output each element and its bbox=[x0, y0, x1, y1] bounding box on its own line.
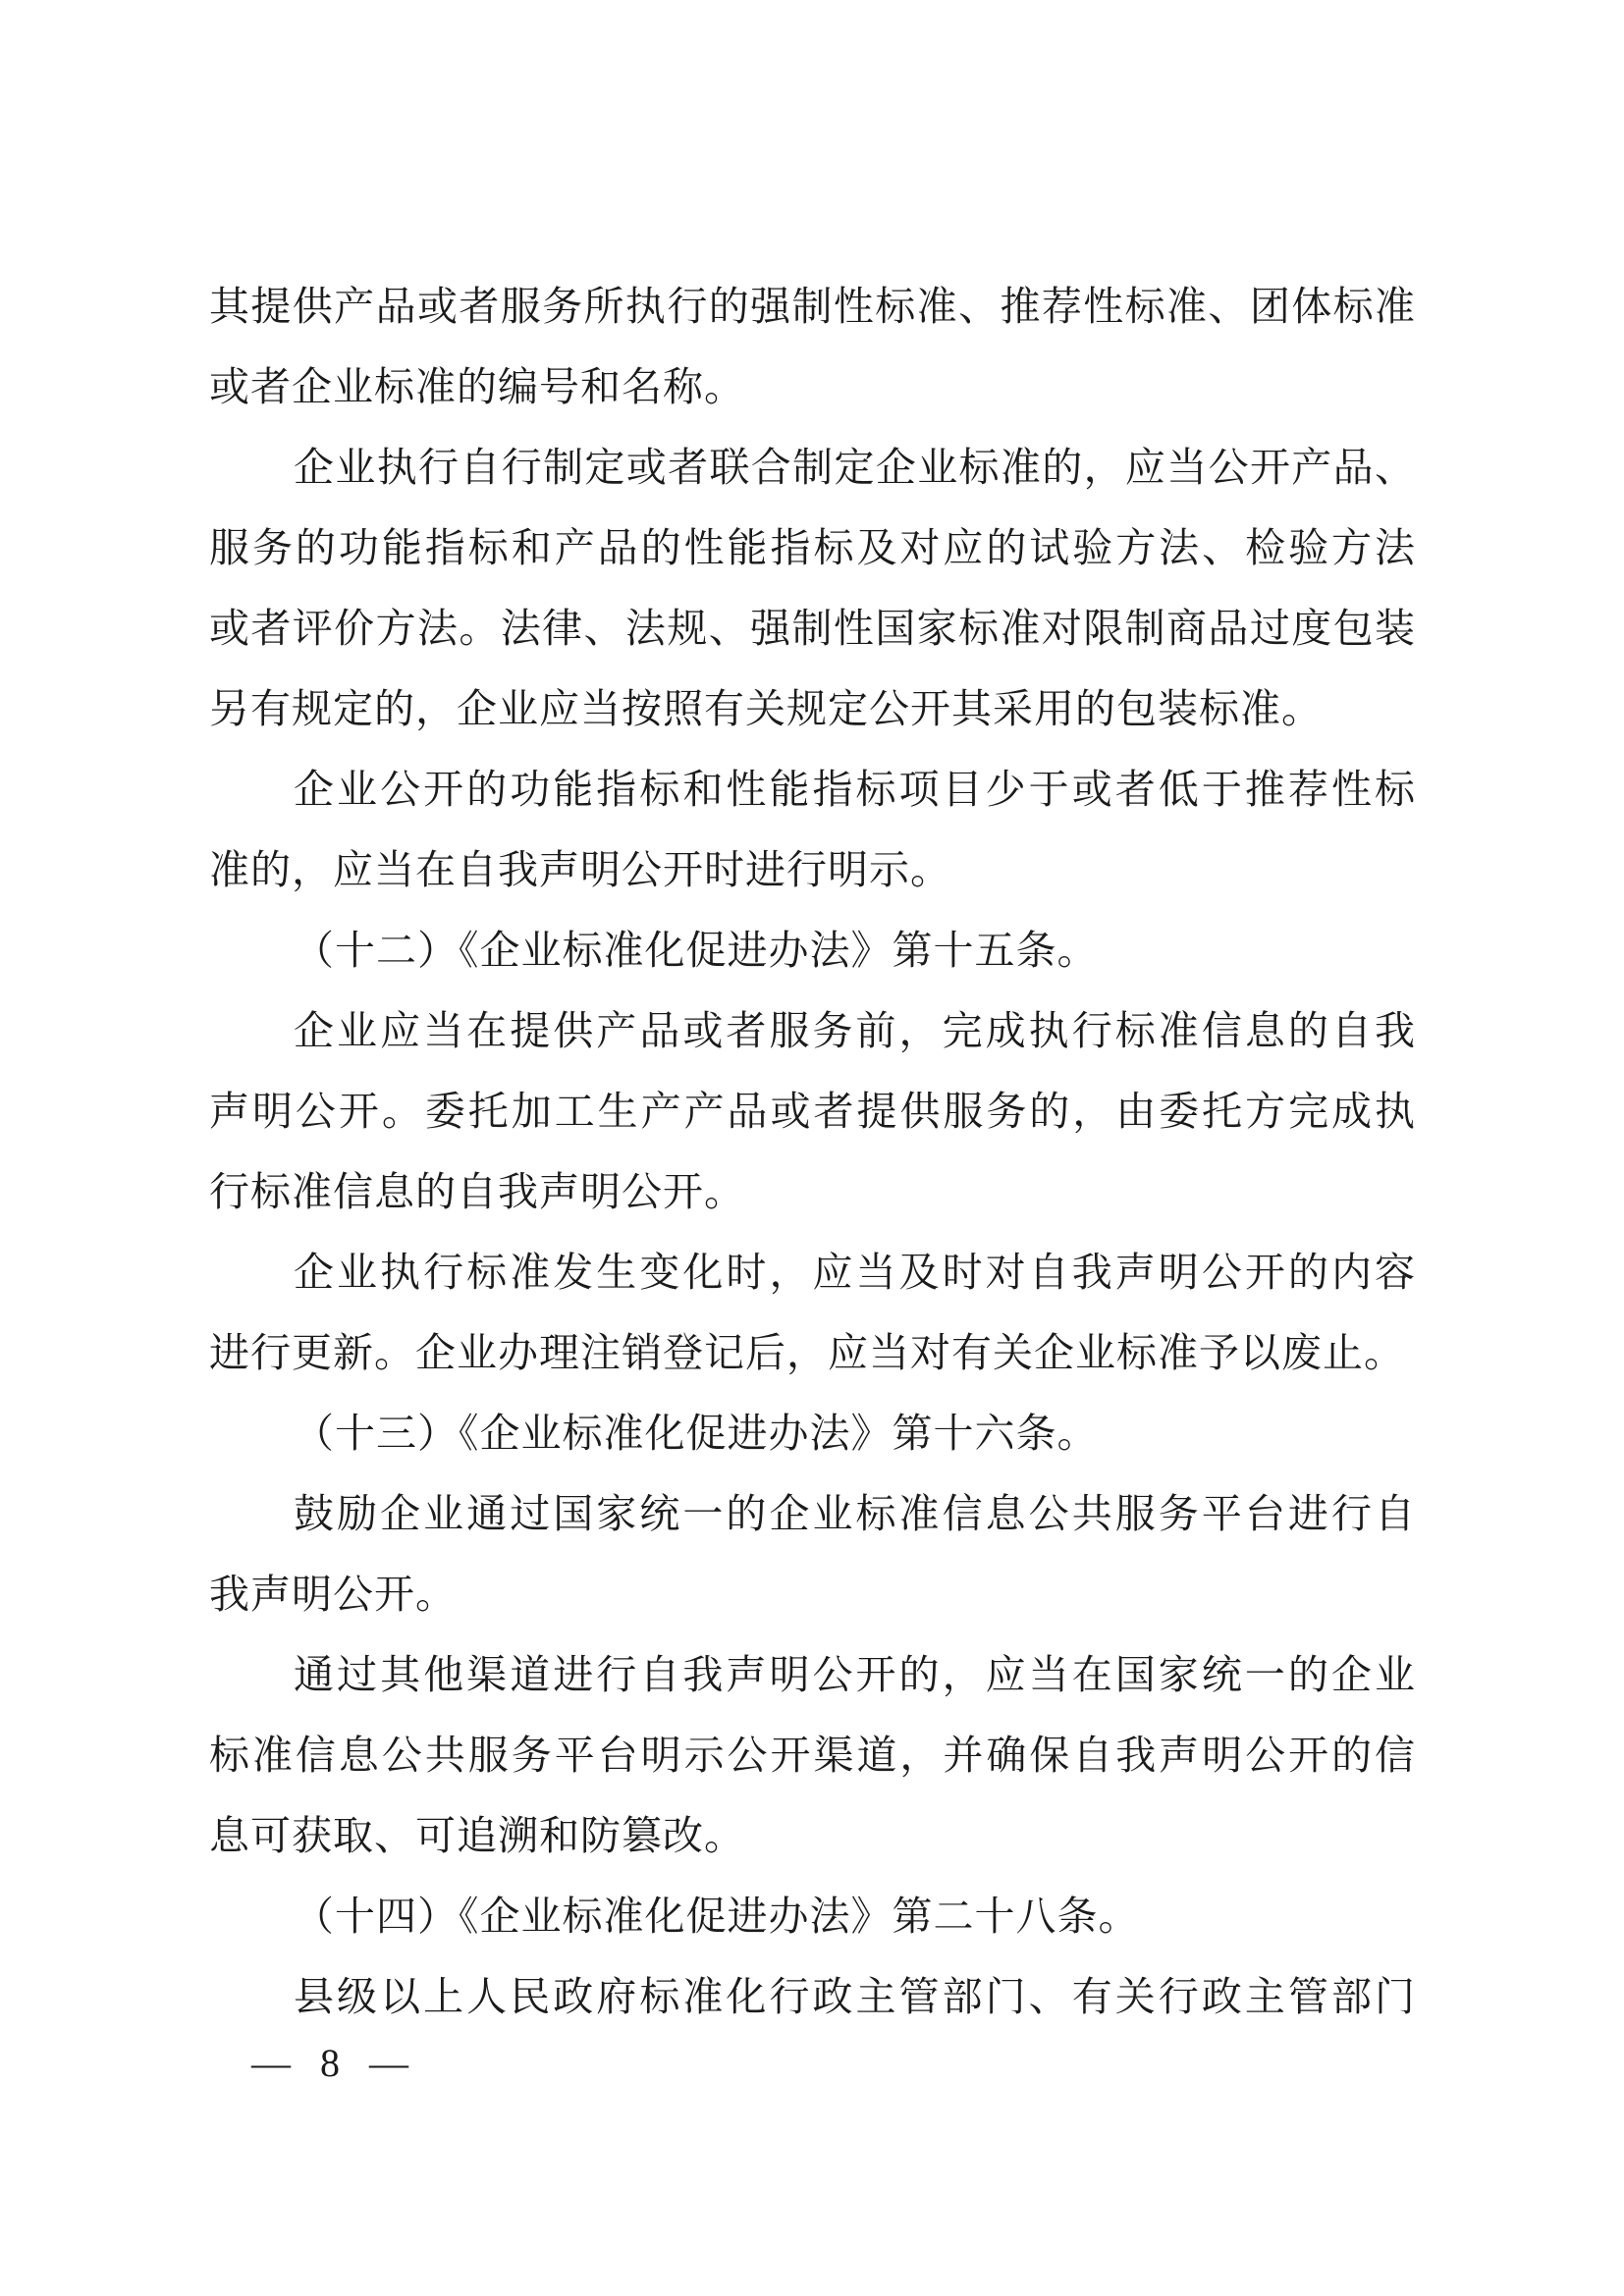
text-line: 县级以上人民政府标准化行政主管部门、有关行政主管部门 bbox=[209, 1956, 1416, 2037]
text-line: 企业应当在提供产品或者服务前，完成执行标准信息的自我 bbox=[209, 990, 1416, 1071]
text-line: 息可获取、可追溯和防篡改。 bbox=[209, 1795, 1416, 1876]
text-line: 服务的功能指标和产品的性能指标及对应的试验方法、检验方法 bbox=[209, 507, 1416, 588]
text-line: 企业执行自行制定或者联合制定企业标准的，应当公开产品、 bbox=[209, 427, 1416, 507]
document-body: 其提供产品或者服务所执行的强制性标准、推荐性标准、团体标准或者企业标准的编号和名… bbox=[209, 266, 1416, 2037]
text-line: 鼓励企业通过国家统一的企业标准信息公共服务平台进行自 bbox=[209, 1473, 1416, 1554]
text-line: 企业执行标准发生变化时，应当及时对自我声明公开的内容 bbox=[209, 1232, 1416, 1312]
text-line: 行标准信息的自我声明公开。 bbox=[209, 1151, 1416, 1232]
page-number: — 8 — bbox=[251, 2040, 410, 2087]
text-line: 通过其他渠道进行自我声明公开的，应当在国家统一的企业 bbox=[209, 1634, 1416, 1715]
text-line: 准的，应当在自我声明公开时进行明示。 bbox=[209, 829, 1416, 910]
text-line: 或者评价方法。法律、法规、强制性国家标准对限制商品过度包装 bbox=[209, 588, 1416, 668]
text-line: （十三）《企业标准化促进办法》第十六条。 bbox=[209, 1393, 1416, 1473]
text-line: 或者企业标准的编号和名称。 bbox=[209, 347, 1416, 427]
text-line: 我声明公开。 bbox=[209, 1554, 1416, 1634]
text-line: 企业公开的功能指标和性能指标项目少于或者低于推荐性标 bbox=[209, 749, 1416, 829]
text-line: （十二）《企业标准化促进办法》第十五条。 bbox=[209, 910, 1416, 990]
text-line: （十四）《企业标准化促进办法》第二十八条。 bbox=[209, 1876, 1416, 1956]
text-line: 其提供产品或者服务所执行的强制性标准、推荐性标准、团体标准 bbox=[209, 266, 1416, 347]
text-line: 标准信息公共服务平台明示公开渠道，并确保自我声明公开的信 bbox=[209, 1715, 1416, 1795]
text-line: 进行更新。企业办理注销登记后，应当对有关企业标准予以废止。 bbox=[209, 1312, 1416, 1393]
text-line: 声明公开。委托加工生产产品或者提供服务的，由委托方完成执 bbox=[209, 1071, 1416, 1151]
document-page: 其提供产品或者服务所执行的强制性标准、推荐性标准、团体标准或者企业标准的编号和名… bbox=[0, 0, 1624, 2296]
text-line: 另有规定的，企业应当按照有关规定公开其采用的包装标准。 bbox=[209, 668, 1416, 749]
